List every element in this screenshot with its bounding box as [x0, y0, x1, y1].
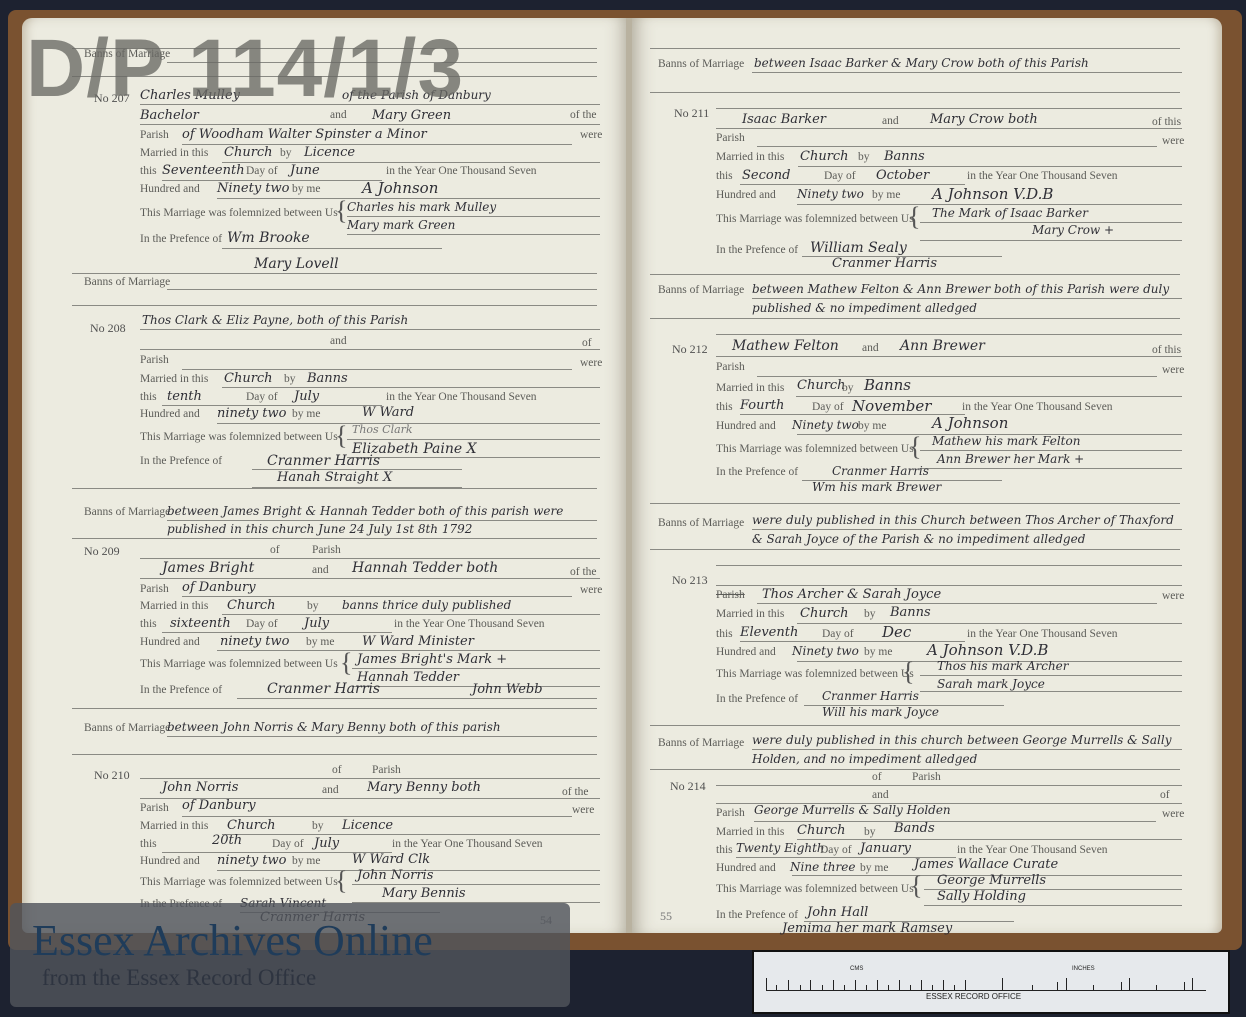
parish-detail: of Woodham Walter Spinster a Minor [182, 127, 427, 142]
entry-number: No 212 [672, 342, 708, 357]
banns-text: were duly published in this church betwe… [752, 731, 1182, 769]
entry-number: No 211 [674, 106, 709, 121]
brace-icon: { [335, 198, 347, 224]
watermark-subtitle: from the Essex Record Office [42, 965, 316, 991]
entry-number: No 213 [672, 573, 708, 588]
scale-ruler: CMS INCHES ESSEX RECORD OFFICE [752, 950, 1230, 1014]
ruler-ticks [766, 976, 1206, 991]
archive-watermark: Essex Archives Online from the Essex Rec… [10, 903, 570, 1007]
cms-label: CMS [850, 966, 863, 972]
register-entry-211: Banns of Marriage between Isaac Barker &… [632, 18, 1222, 268]
brace-icon: { [909, 434, 921, 460]
left-page: Banns of Marriage No 207 Charles Mulley … [22, 18, 628, 933]
brace-icon: { [340, 650, 352, 676]
officiant: A Johnson [362, 179, 438, 197]
brace-icon: { [908, 204, 920, 230]
banns-text: between Mathew Felton & Ann Brewer both … [752, 280, 1182, 318]
office-label: ESSEX RECORD OFFICE [926, 992, 1021, 1001]
register-entry-209: Banns of Marriage between James Bright &… [22, 488, 628, 708]
register-entry-213: Banns of Marriage were duly published in… [632, 493, 1222, 723]
brace-icon: { [902, 659, 914, 685]
brace-icon: { [910, 873, 922, 899]
register-entry-208: Banns of Marriage No 208 Thos Clark & El… [22, 263, 628, 493]
register-entry-210: Banns of Marriage between John Norris & … [22, 708, 628, 933]
watermark-title: Essex Archives Online [32, 915, 433, 966]
entry-number: No 209 [84, 544, 120, 559]
entry-number: No 210 [94, 768, 130, 783]
brace-icon: { [335, 423, 347, 449]
banns-text: between John Norris & Mary Benny both of… [167, 718, 602, 736]
entry-number: No 214 [670, 779, 706, 794]
reference-stamp: D/P 114/1/3 [26, 22, 464, 116]
right-page: Banns of Marriage between Isaac Barker &… [632, 18, 1222, 933]
inches-label: INCHES [1072, 966, 1095, 972]
register-entry-212: Banns of Marriage between Mathew Felton … [632, 268, 1222, 498]
entry-number: No 208 [90, 321, 126, 336]
banns-text: were duly published in this Church betwe… [752, 511, 1182, 549]
brace-icon: { [335, 868, 347, 894]
banns-text: between Isaac Barker & Mary Crow both of… [754, 54, 1174, 72]
page-number: 55 [660, 909, 672, 924]
register-entry-214: Banns of Marriage were duly published in… [632, 713, 1222, 933]
